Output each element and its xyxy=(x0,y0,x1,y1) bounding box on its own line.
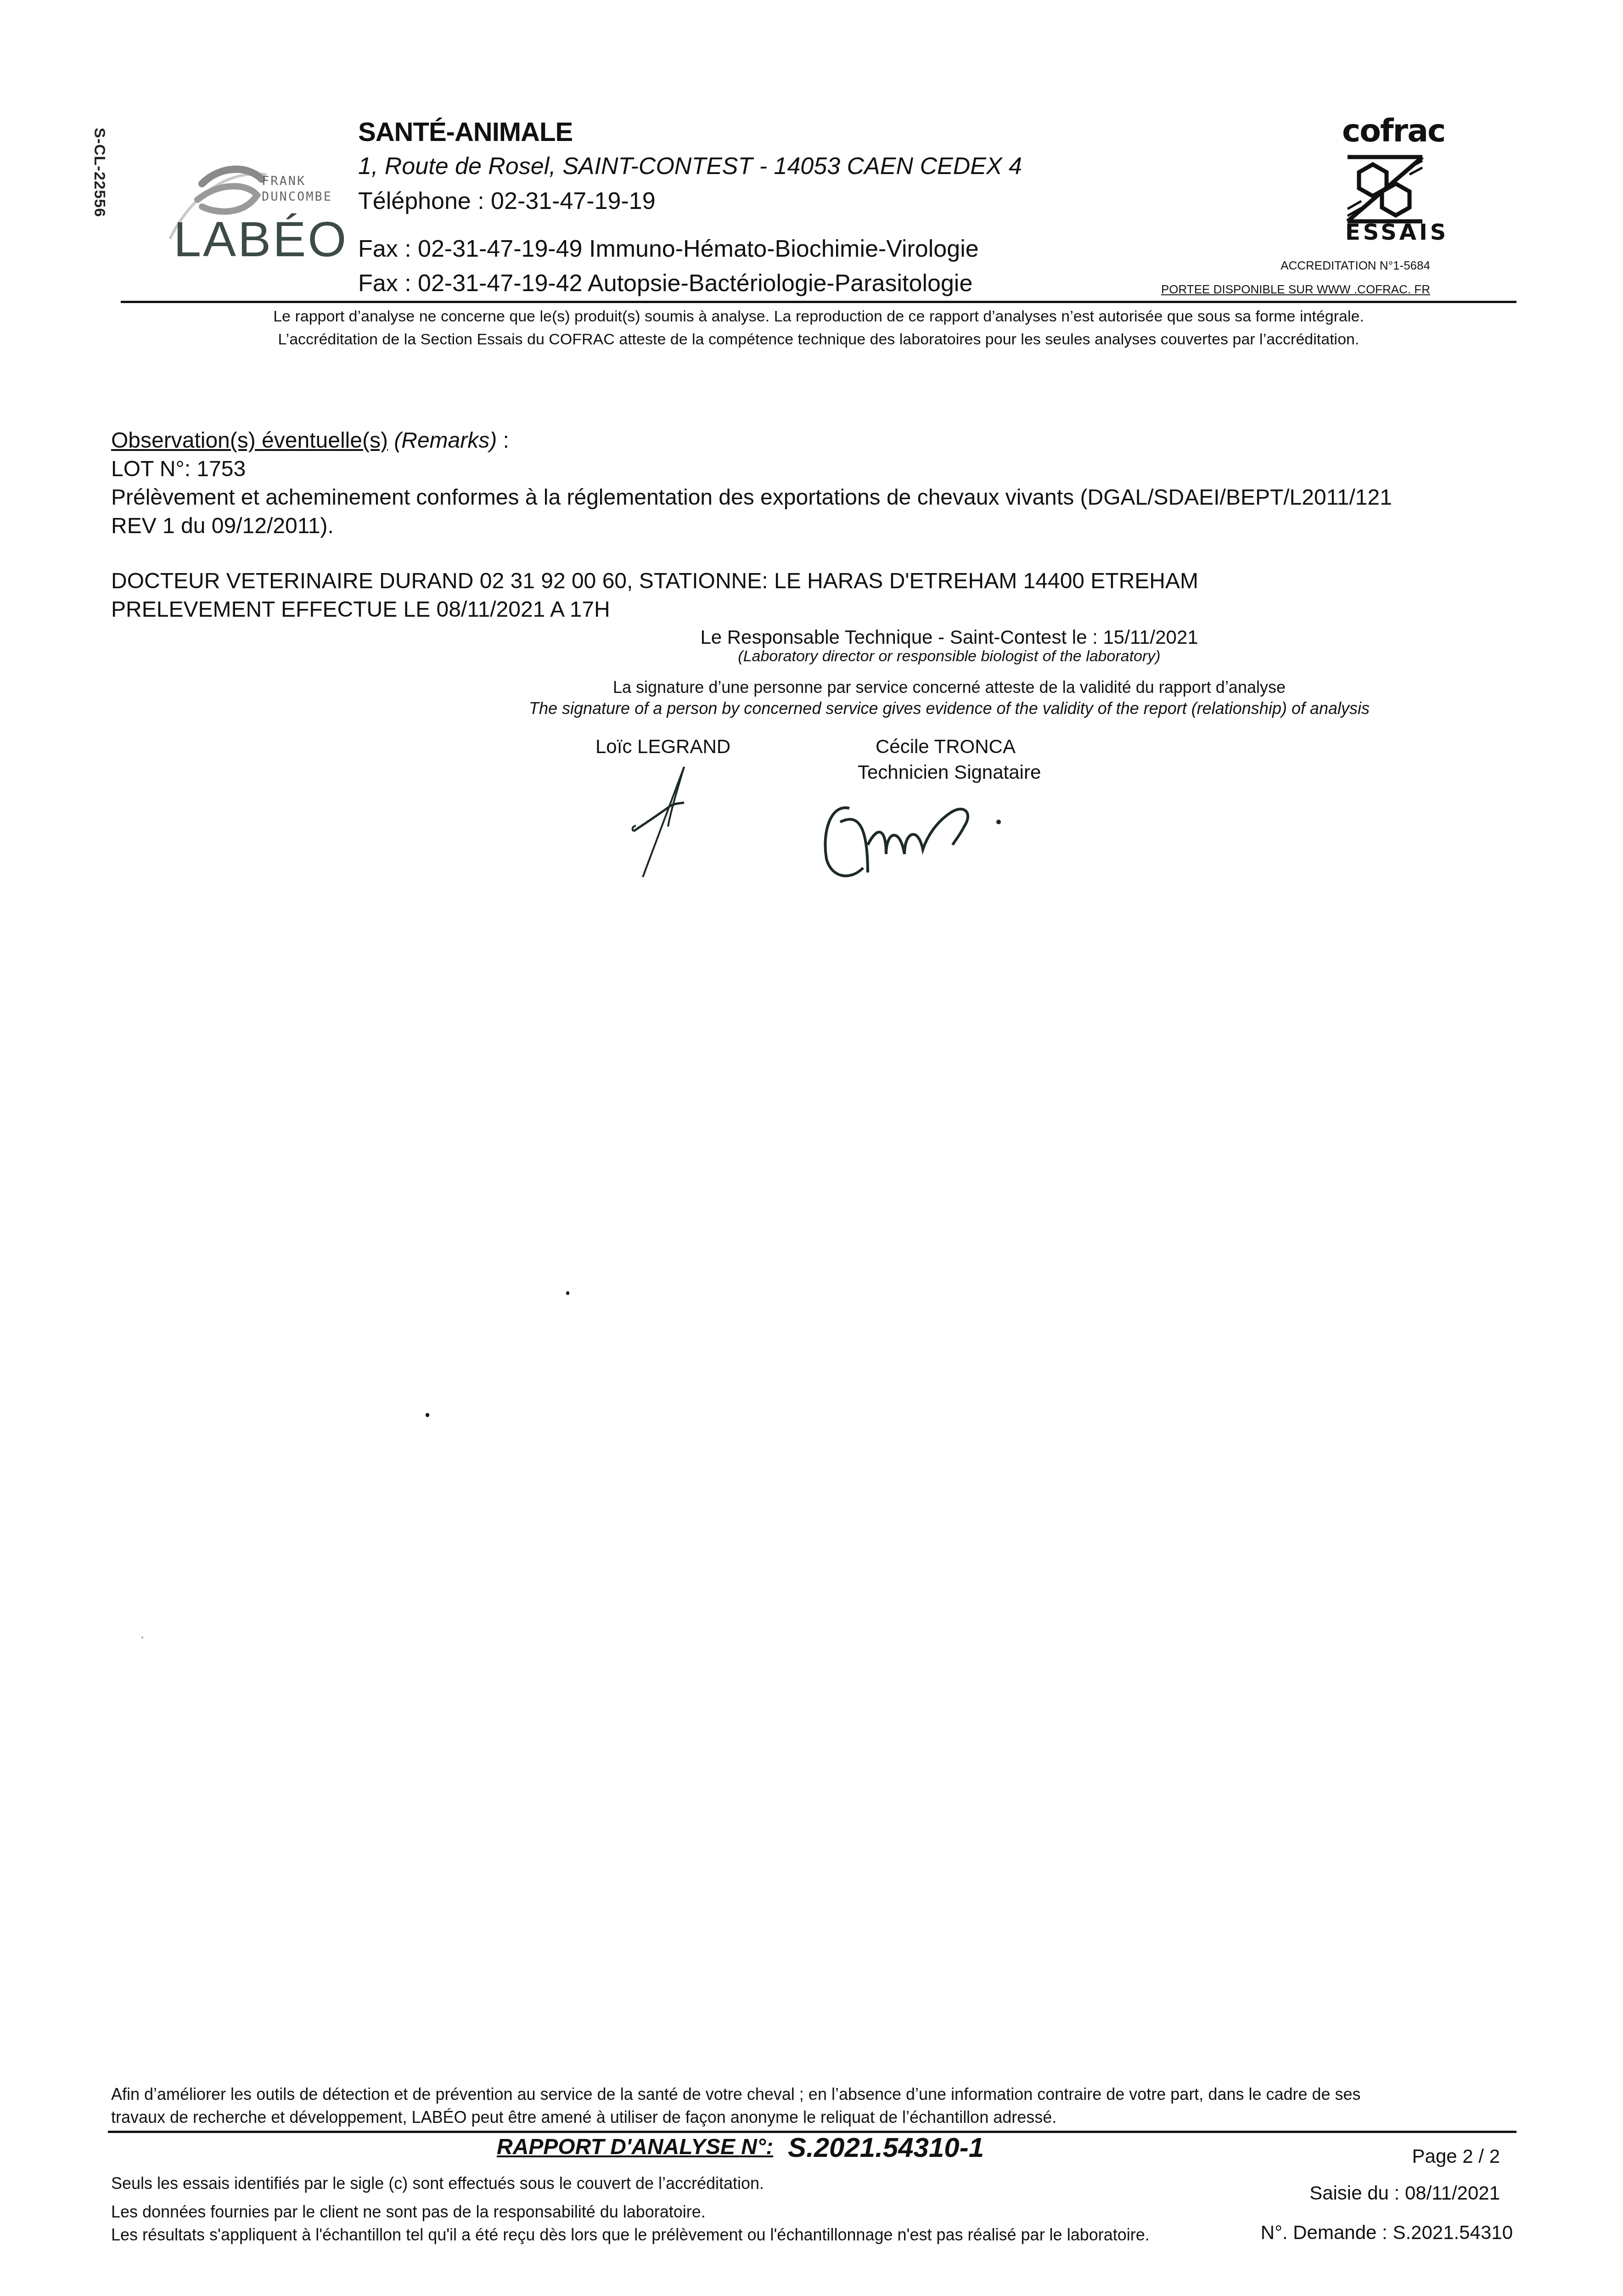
signature-legrand-icon xyxy=(624,762,716,882)
lab-address: 1, Route de Rosel, SAINT-CONTEST - 14053… xyxy=(358,152,1022,180)
responsable-technique: Le Responsable Technique - Saint-Contest… xyxy=(138,626,1623,648)
side-reference: S-CL-22556 xyxy=(90,128,108,217)
scan-speck xyxy=(141,1637,143,1638)
cofrac-essais: ESSAIS xyxy=(1345,219,1449,245)
footer-research-notice-line1: Afin d’améliorer les outils de détection… xyxy=(111,2085,1361,2104)
logo-labeo: LABÉO xyxy=(174,210,348,268)
observations-heading: Observation(s) éventuelle(s) (Remarks) : xyxy=(111,428,509,453)
scan-speck xyxy=(426,1413,429,1417)
footer-research-notice-line2: travaux de recherche et développement, L… xyxy=(111,2108,1056,2127)
lab-fax-immuno: Fax : 02-31-47-19-49 Immuno-Hémato-Bioch… xyxy=(358,235,979,263)
lab-telephone: Téléphone : 02-31-47-19-19 xyxy=(358,187,656,215)
accreditation-number: ACCREDITATION N°1-5684 xyxy=(1280,259,1430,273)
prelevement-conformity-line1: Prélèvement et acheminement conformes à … xyxy=(111,485,1392,510)
report-label: RAPPORT D'ANALYSE N°: xyxy=(497,2134,773,2160)
prelevement-conformity-line2: REV 1 du 09/12/2011). xyxy=(111,513,334,539)
signatory-name-legrand: Loïc LEGRAND xyxy=(595,736,730,758)
notice-accreditation: L’accréditation de la Section Essais du … xyxy=(121,331,1516,349)
report-number: S.2021.54310-1 xyxy=(788,2132,984,2163)
signatory-title-tronca: Technicien Signataire xyxy=(858,761,1041,783)
page-indicator: Page 2 / 2 xyxy=(1412,2145,1500,2167)
header-divider xyxy=(121,301,1516,303)
scan-speck xyxy=(566,1291,569,1295)
saisie-date: Saisie du : 08/11/2021 xyxy=(1309,2182,1500,2204)
demande-number: N°. Demande : S.2021.54310 xyxy=(1258,2222,1513,2244)
signature-tronca-icon xyxy=(822,794,1042,886)
signature-validity-en: The signature of a person by concerned s… xyxy=(138,699,1623,718)
footer-results-note: Les résultats s'appliquent à l'échantill… xyxy=(111,2225,1150,2245)
lot-number: LOT N°: 1753 xyxy=(111,456,246,482)
footer-client-data-note: Les données fournies par le client ne so… xyxy=(111,2202,706,2222)
notice-scope: Le rapport d’analyse ne concerne que le(… xyxy=(121,308,1516,326)
signatory-name-tronca: Cécile TRONCA xyxy=(876,736,1016,758)
cofrac-portee-link[interactable]: PORTEE DISPONIBLE SUR WWW .COFRAC. FR xyxy=(1161,282,1430,297)
sampling-date: PRELEVEMENT EFFECTUE LE 08/11/2021 A 17H xyxy=(111,597,610,622)
logo-frank-duncombe: FRANK DUNCOMBE xyxy=(262,174,332,205)
lab-title: SANTÉ-ANIMALE xyxy=(358,117,573,147)
lab-fax-autopsie: Fax : 02-31-47-19-42 Autopsie-Bactériolo… xyxy=(358,270,972,297)
signature-validity-fr: La signature d’une personne par service … xyxy=(138,678,1623,697)
footer-accreditation-note: Seuls les essais identifiés par le sigle… xyxy=(111,2174,764,2193)
responsable-technique-en: (Laboratory director or responsible biol… xyxy=(138,647,1623,665)
veterinarian-info: DOCTEUR VETERINAIRE DURAND 02 31 92 00 6… xyxy=(111,568,1198,594)
